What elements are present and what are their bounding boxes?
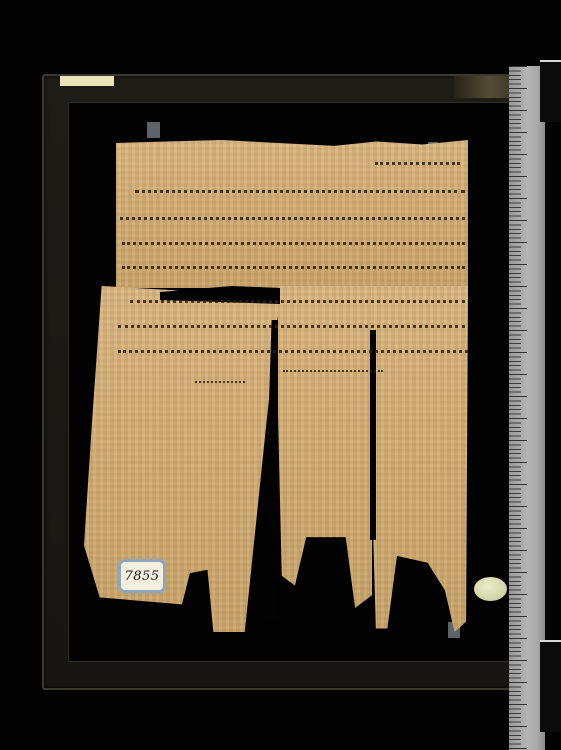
script-line-4 bbox=[122, 242, 465, 245]
frame-top-strip bbox=[454, 76, 514, 98]
script-line-8 bbox=[118, 350, 468, 353]
inventory-number-label: 7855 bbox=[118, 559, 166, 593]
mounting-tape-top-left bbox=[147, 122, 160, 138]
script-line-1 bbox=[375, 162, 460, 165]
oval-marker-token bbox=[474, 577, 507, 601]
script-line-6 bbox=[130, 300, 465, 303]
script-line-2 bbox=[135, 190, 465, 193]
ruler-clip-bottom bbox=[540, 640, 561, 732]
ruler-clip-top bbox=[540, 60, 561, 122]
ruler-major-ticks bbox=[509, 66, 527, 750]
script-line-9 bbox=[283, 370, 383, 372]
script-line-3 bbox=[120, 217, 465, 220]
script-line-7 bbox=[118, 325, 465, 328]
frame-paper-label bbox=[60, 76, 114, 86]
script-line-5 bbox=[122, 266, 465, 269]
papyrus-crack-middle bbox=[370, 330, 376, 540]
script-line-10 bbox=[195, 381, 245, 383]
